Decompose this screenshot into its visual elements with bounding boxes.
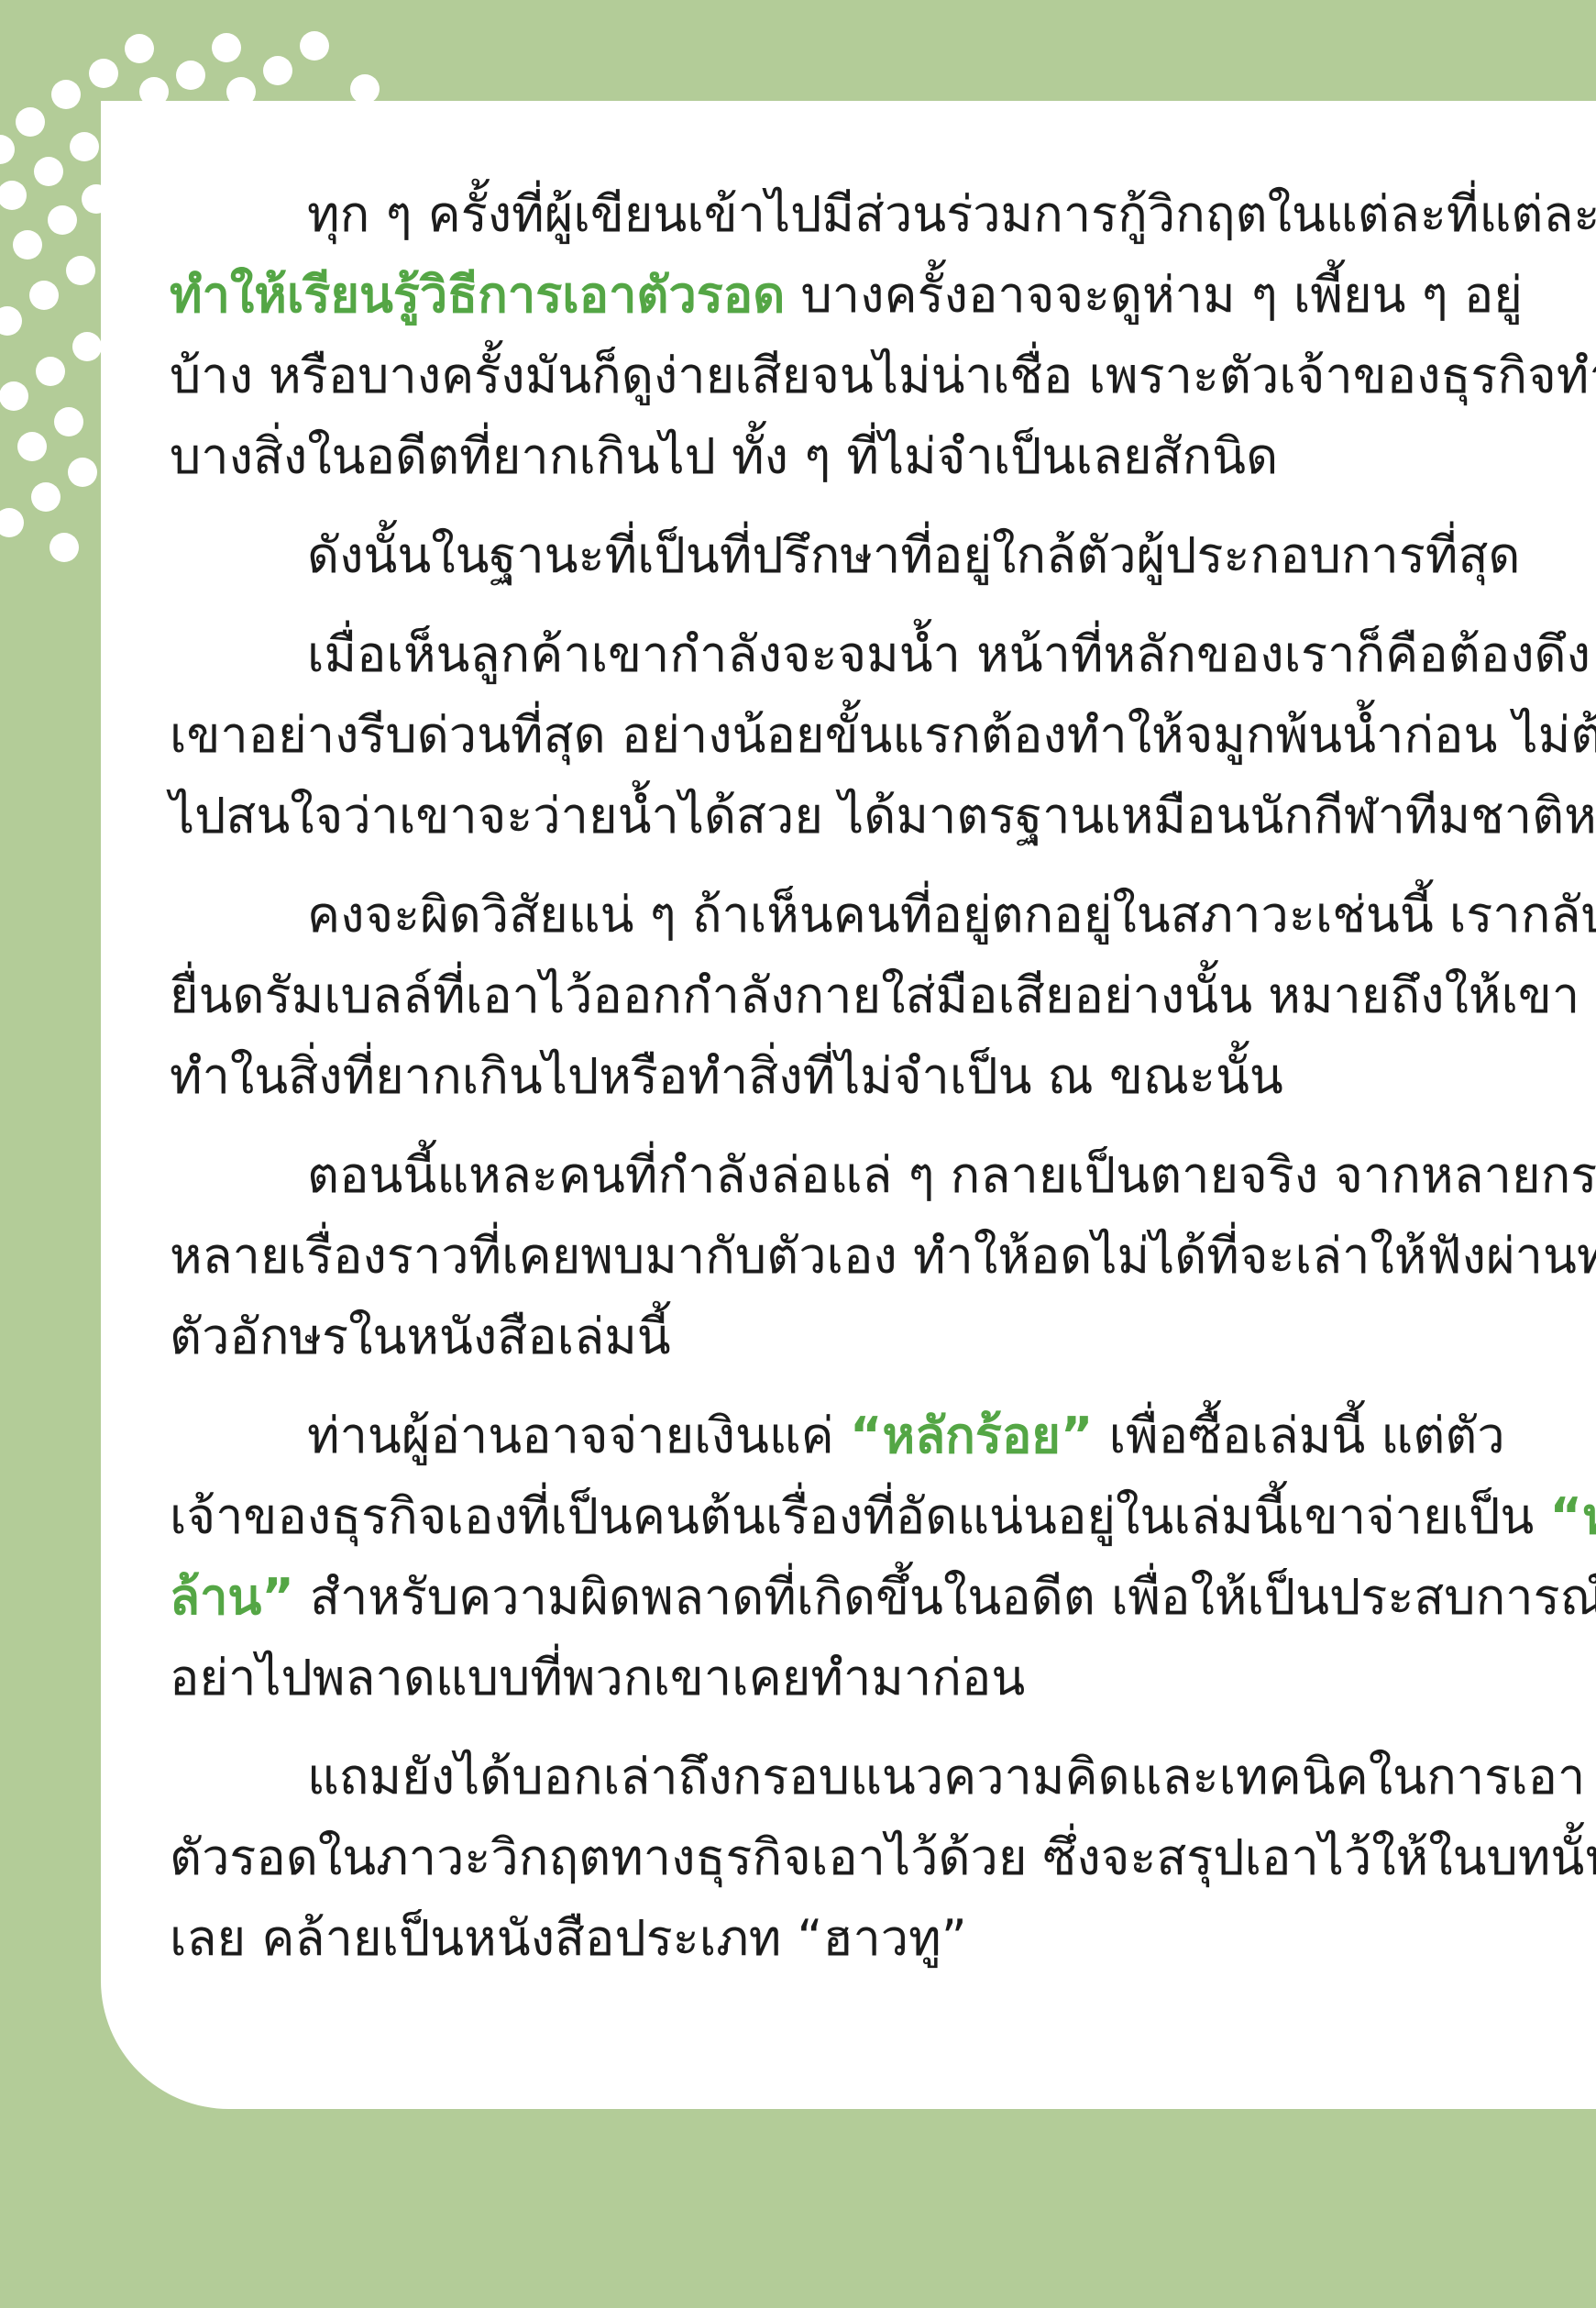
text-run: แถมยังได้บอกเล่าถึงกรอบแนวความคิดและเทคน… [307, 1748, 1585, 1806]
decor-dot [176, 61, 205, 90]
text-run: บ้าง หรือบางครั้งมันก็ดูง่ายเสียจนไม่น่า… [170, 347, 1596, 404]
text-line: บางสิ่งในอดีตที่ยากเกินไป ทั้ง ๆ ที่ไม่จ… [170, 416, 1398, 497]
text-line: ตัวอักษรในหนังสือเล่มนี้ [170, 1297, 1398, 1377]
decor-dot [0, 381, 28, 411]
paragraph: แถมยังได้บอกเล่าถึงกรอบแนวความคิดและเทคน… [170, 1737, 1398, 1979]
text-line: ตัวรอดในภาวะวิกฤตทางธุรกิจเอาไว้ด้วย ซึ่… [170, 1817, 1398, 1898]
text-line: หลายเรื่องราวที่เคยพบมากับตัวเอง ทำให้อด… [170, 1216, 1398, 1297]
decor-dot [68, 458, 97, 487]
decor-dot [300, 31, 329, 61]
paragraph: ทุก ๆ ครั้งที่ผู้เขียนเข้าไปมีส่วนร่วมกา… [170, 174, 1398, 497]
text-run: ทำในสิ่งที่ยากเกินไปหรือทำสิ่งที่ไม่จำเป… [170, 1047, 1283, 1105]
decor-dot [48, 205, 77, 235]
paragraph: ดังนั้นในฐานะที่เป็นที่ปรึกษาที่อยู่ใกล้… [170, 515, 1398, 596]
page-sheet: ทุก ๆ ครั้งที่ผู้เขียนเข้าไปมีส่วนร่วมกา… [101, 101, 1596, 2109]
text-line: ทำให้เรียนรู้วิธีการเอาตัวรอด บางครั้งอา… [170, 255, 1398, 336]
decor-dot [54, 407, 83, 436]
decor-dot [36, 357, 65, 386]
text-line: เจ้าของธุรกิจเองที่เป็นคนต้นเรื่องที่อัด… [170, 1476, 1398, 1557]
text-run: ดังนั้นในฐานะที่เป็นที่ปรึกษาที่อยู่ใกล้… [307, 526, 1521, 584]
text-run: ตอนนี้แหละคนที่กำลังล่อแล่ ๆ กลายเป็นตาย… [307, 1146, 1596, 1204]
text-line: ท่านผู้อ่านอาจจ่ายเงินแค่ “หลักร้อย” เพื… [170, 1396, 1398, 1476]
text-run: ตัวอักษรในหนังสือเล่มนี้ [170, 1308, 671, 1365]
text-run: ท่านผู้อ่านอาจจ่ายเงินแค่ [307, 1407, 850, 1464]
text-run: หลายเรื่องราวที่เคยพบมากับตัวเอง ทำให้อด… [170, 1227, 1596, 1285]
text-line: เขาอย่างรีบด่วนที่สุด อย่างน้อยขั้นแรกต้… [170, 695, 1398, 776]
text-line: ดังนั้นในฐานะที่เป็นที่ปรึกษาที่อยู่ใกล้… [170, 515, 1398, 596]
decor-dot [263, 56, 292, 85]
text-run: อย่าไปพลาดแบบที่พวกเขาเคยทำมาก่อน [170, 1649, 1025, 1706]
decor-dot [17, 432, 47, 461]
text-line: ทำในสิ่งที่ยากเกินไปหรือทำสิ่งที่ไม่จำเป… [170, 1036, 1398, 1117]
decor-dot [13, 230, 42, 260]
text-run: คงจะผิดวิสัยแน่ ๆ ถ้าเห็นคนที่อยู่ตกอยู่… [307, 886, 1596, 944]
text-line: ยื่นดรัมเบลล์ที่เอาไว้ออกกำลังกายใส่มือเ… [170, 955, 1398, 1036]
decor-dot [0, 508, 24, 537]
decor-dot [350, 74, 380, 104]
text-run: บางสิ่งในอดีตที่ยากเกินไป ทั้ง ๆ ที่ไม่จ… [170, 427, 1278, 485]
decor-dot [31, 482, 61, 512]
highlight-text: ทำให้เรียนรู้วิธีการเอาตัวรอด [170, 266, 785, 324]
text-line: ทุก ๆ ครั้งที่ผู้เขียนเข้าไปมีส่วนร่วมกา… [170, 174, 1398, 255]
text-run: เจ้าของธุรกิจเองที่เป็นคนต้นเรื่องที่อัด… [170, 1487, 1549, 1545]
highlight-text: “หลักร้อย” [850, 1407, 1093, 1464]
text-run: เพื่อซื้อเล่มนี้ แต่ตัว [1093, 1407, 1504, 1464]
text-run: ไปสนใจว่าเขาจะว่ายน้ำได้สวย ได้มาตรฐานเห… [170, 787, 1596, 845]
text-line: เลย คล้ายเป็นหนังสือประเภท “ฮาวทู” [170, 1898, 1398, 1979]
text-line: ล้าน” สำหรับความผิดพลาดที่เกิดขึ้นในอดีต… [170, 1557, 1398, 1638]
body-text: ทุก ๆ ครั้งที่ผู้เขียนเข้าไปมีส่วนร่วมกา… [170, 174, 1398, 1997]
text-run: เขาอย่างรีบด่วนที่สุด อย่างน้อยขั้นแรกต้… [170, 706, 1596, 764]
decor-dot [89, 59, 118, 88]
text-run: ทุก ๆ ครั้งที่ผู้เขียนเข้าไปมีส่วนร่วมกา… [307, 185, 1596, 243]
text-run: เลย คล้ายเป็นหนังสือประเภท “ฮาวทู” [170, 1909, 967, 1967]
text-line: อย่าไปพลาดแบบที่พวกเขาเคยทำมาก่อน [170, 1638, 1398, 1718]
decor-dot [66, 256, 95, 285]
decor-dot [125, 34, 154, 63]
decor-dot [0, 135, 15, 164]
highlight-text: ล้าน” [170, 1568, 294, 1626]
text-run: ตัวรอดในภาวะวิกฤตทางธุรกิจเอาไว้ด้วย ซึ่… [170, 1828, 1596, 1886]
text-line: บ้าง หรือบางครั้งมันก็ดูง่ายเสียจนไม่น่า… [170, 336, 1398, 416]
decor-dot [34, 157, 63, 186]
text-line: เมื่อเห็นลูกค้าเขากำลังจะจมน้ำ หน้าที่หล… [170, 614, 1398, 695]
paragraph: เมื่อเห็นลูกค้าเขากำลังจะจมน้ำ หน้าที่หล… [170, 614, 1398, 856]
text-line: แถมยังได้บอกเล่าถึงกรอบแนวความคิดและเทคน… [170, 1737, 1398, 1817]
book-page: { "page": { "background_color": "#b3cc98… [0, 0, 1596, 2308]
decor-dot [72, 332, 102, 361]
text-run: เมื่อเห็นลูกค้าเขากำลังจะจมน้ำ หน้าที่หล… [307, 625, 1590, 683]
decor-dot [16, 107, 45, 137]
paragraph: คงจะผิดวิสัยแน่ ๆ ถ้าเห็นคนที่อยู่ตกอยู่… [170, 875, 1398, 1117]
text-run: บางครั้งอาจจะดูห่าม ๆ เพี้ยน ๆ อยู่ [785, 266, 1523, 324]
text-line: ไปสนใจว่าเขาจะว่ายน้ำได้สวย ได้มาตรฐานเห… [170, 776, 1398, 856]
text-line: คงจะผิดวิสัยแน่ ๆ ถ้าเห็นคนที่อยู่ตกอยู่… [170, 875, 1398, 955]
decor-dot [70, 132, 99, 161]
text-run: สำหรับความผิดพลาดที่เกิดขึ้นในอดีต เพื่อ… [294, 1568, 1596, 1626]
text-line: ตอนนี้แหละคนที่กำลังล่อแล่ ๆ กลายเป็นตาย… [170, 1135, 1398, 1216]
decor-dot [50, 533, 79, 562]
decor-dot [29, 281, 59, 310]
highlight-text: “หลัก [1549, 1487, 1596, 1545]
paragraph: ตอนนี้แหละคนที่กำลังล่อแล่ ๆ กลายเป็นตาย… [170, 1135, 1398, 1377]
decor-dot [0, 181, 27, 210]
decor-dot [212, 33, 241, 62]
decor-dot [0, 306, 22, 336]
paragraph: ท่านผู้อ่านอาจจ่ายเงินแค่ “หลักร้อย” เพื… [170, 1396, 1398, 1718]
text-run: ยื่นดรัมเบลล์ที่เอาไว้ออกกำลังกายใส่มือเ… [170, 966, 1579, 1024]
decor-dot [51, 80, 81, 109]
